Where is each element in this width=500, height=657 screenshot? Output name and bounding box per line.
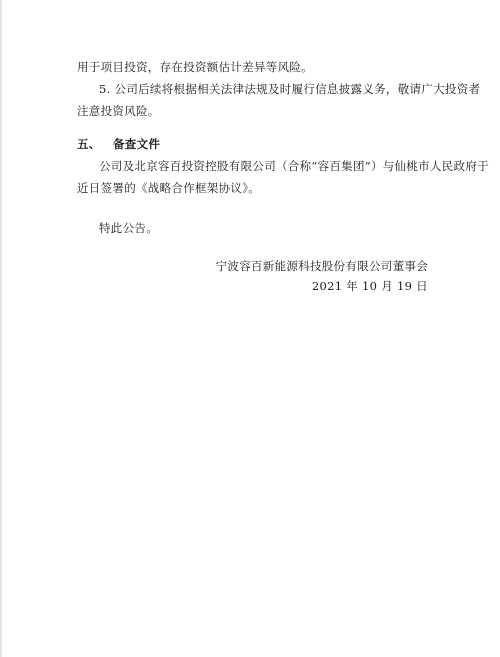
section-body-line1: 公司及北京容百投资控股有限公司（合称“容百集团”）与仙桃市人民政府于 [99,159,489,173]
page-edge [0,0,2,657]
section-title: 备查文件 [113,137,160,151]
paragraph-item-5-line2: 注意投资风险。 [77,104,160,118]
closing-text: 特此公告。 [99,221,158,235]
paragraph-risk-tail: 用于项目投资，存在投资额估计差异等风险。 [77,60,313,74]
section-body-line2: 近日签署的《战略合作框架协议》。 [77,181,260,195]
paragraph-item-5-line1: 5. 公司后续将根据相关法律法规及时履行信息披露义务，敬请广大投资者 [99,82,480,96]
section-number: 五、 [77,137,101,151]
signature-date: 2021 年 10 月 19 日 [312,279,428,293]
signature-company: 宁波容百新能源科技股份有限公司董事会 [216,259,428,273]
